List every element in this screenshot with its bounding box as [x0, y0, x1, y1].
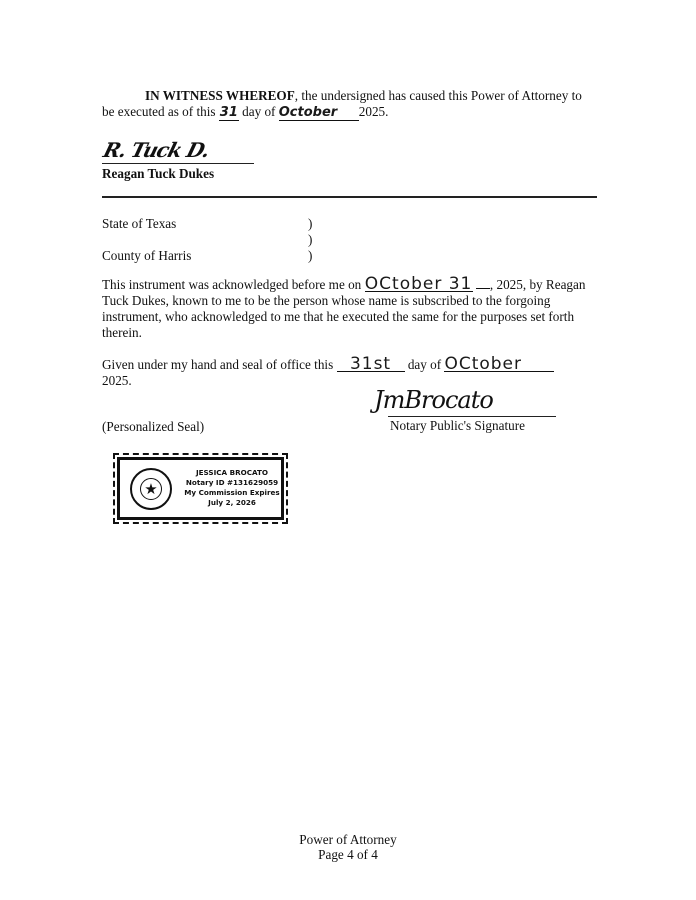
- venue-paren: ): [308, 248, 312, 264]
- venue-state: State of Texas: [102, 216, 176, 232]
- witness-day-field[interactable]: 31: [219, 106, 239, 121]
- witness-heading: IN WITNESS WHEREOF: [145, 88, 295, 103]
- venue-paren: ): [308, 232, 312, 248]
- notary-seal-stamp: ★ JESSICA BROCATO Notary ID #131629059 M…: [117, 457, 284, 520]
- witness-month-field[interactable]: October: [279, 106, 359, 121]
- footer-page-number: Page 4 of 4: [0, 847, 696, 862]
- given-month-field[interactable]: OCtober: [444, 357, 554, 372]
- principal-name: Reagan Tuck Dukes: [102, 166, 214, 182]
- seal-notary-name: JESSICA BROCATO: [182, 468, 282, 478]
- notary-signature: JmBrocato: [374, 386, 493, 414]
- notary-signature-label: Notary Public's Signature: [390, 418, 525, 434]
- seal-commission-label: My Commission Expires: [182, 488, 282, 498]
- acknowledgment-date-blank: [476, 288, 490, 289]
- acknowledgment-line-2: Tuck Dukes, known to me to be the person…: [102, 293, 550, 309]
- acknowledgment-line-4: therein.: [102, 325, 142, 341]
- seal-expiration-date: July 2, 2026: [182, 498, 282, 508]
- given-text: day of: [408, 357, 441, 372]
- acknowledgment-date-field[interactable]: OCtober 31: [365, 277, 473, 292]
- notary-signature-line: [388, 416, 556, 417]
- acknowledgment-text: This instrument was acknowledged before …: [102, 277, 361, 292]
- principal-signature: R. Tuck D.: [101, 138, 212, 162]
- section-divider: [102, 196, 597, 198]
- given-year: 2025.: [102, 373, 132, 389]
- acknowledgment-text: , 2025, by Reagan: [490, 277, 586, 292]
- witness-line-1: IN WITNESS WHEREOF, the undersigned has …: [145, 88, 582, 104]
- seal-notary-id: Notary ID #131629059: [182, 478, 282, 488]
- venue-county: County of Harris: [102, 248, 191, 264]
- seal-text-block: JESSICA BROCATO Notary ID #131629059 My …: [182, 468, 282, 508]
- witness-year: 2025.: [359, 104, 389, 119]
- witness-text: day of: [242, 104, 275, 119]
- witness-text: be executed as of this: [102, 104, 216, 119]
- given-line-1: Given under my hand and seal of office t…: [102, 357, 554, 373]
- notary-emblem: ★: [130, 468, 172, 510]
- witness-line-2: be executed as of this 31 day of October…: [102, 104, 388, 121]
- personalized-seal-label: (Personalized Seal): [102, 419, 204, 435]
- acknowledgment-line-3: instrument, who acknowledged to me that …: [102, 309, 574, 325]
- star-icon: ★: [140, 478, 162, 500]
- principal-signature-line: [102, 163, 254, 164]
- footer-title: Power of Attorney: [0, 832, 696, 847]
- witness-text: , the undersigned has caused this Power …: [295, 88, 582, 103]
- given-day-field[interactable]: 31st: [337, 357, 405, 372]
- given-text: Given under my hand and seal of office t…: [102, 357, 333, 372]
- venue-paren: ): [308, 216, 312, 232]
- acknowledgment-line-1: This instrument was acknowledged before …: [102, 277, 585, 293]
